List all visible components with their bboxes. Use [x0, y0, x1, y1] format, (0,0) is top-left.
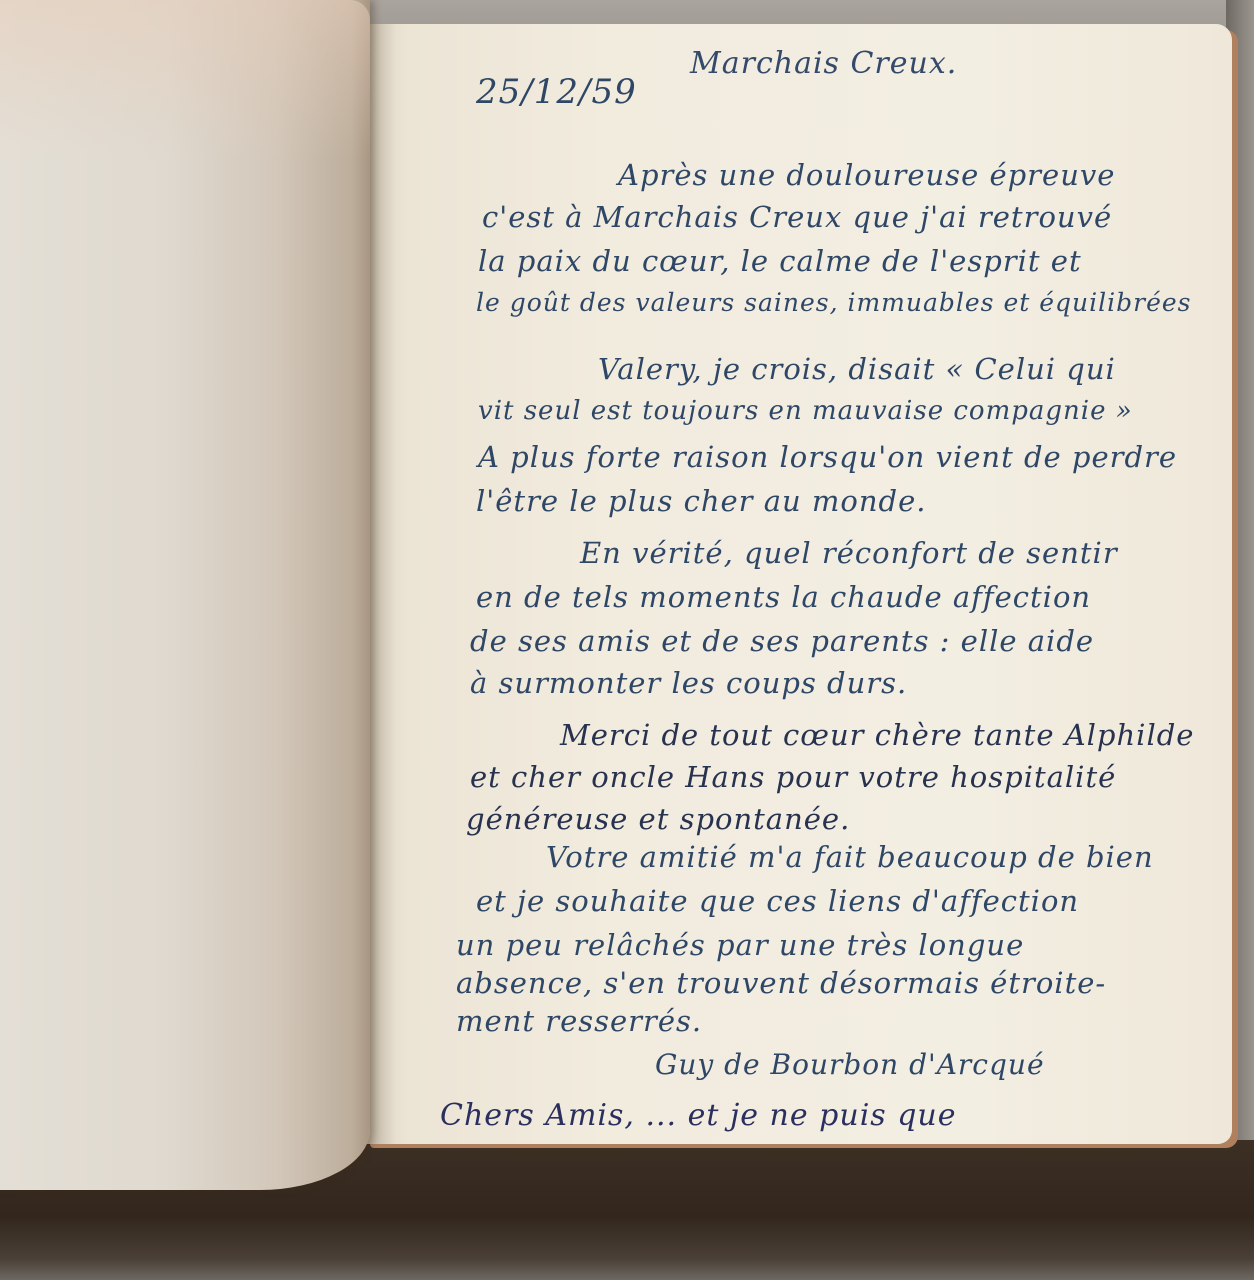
text-line: le goût des valeurs saines, immuables et…	[476, 288, 1192, 317]
text-line: absence, s'en trouvent désormais étroite…	[456, 966, 1106, 1000]
next-entry-start: Chers Amis, ... et je ne puis que	[440, 1098, 957, 1133]
text-line: Votre amitié m'a fait beaucoup de bien	[546, 840, 1154, 874]
text-line: de ses amis et de ses parents : elle aid…	[470, 624, 1094, 658]
text-line: c'est à Marchais Creux que j'ai retrouvé	[482, 200, 1112, 234]
text-line: vit seul est toujours en mauvaise compag…	[478, 396, 1133, 426]
text-line: ment resserrés.	[456, 1004, 702, 1038]
text-line: et je souhaite que ces liens d'affection	[476, 884, 1079, 918]
text-line: à surmonter les coups durs.	[470, 666, 907, 700]
text-line: un peu relâchés par une très longue	[456, 928, 1024, 962]
entry-place: Marchais Creux.	[690, 46, 957, 81]
text-line: A plus forte raison lorsqu'on vient de p…	[478, 440, 1177, 474]
text-line: Valery, je crois, disait « Celui qui	[598, 352, 1116, 386]
text-line: Merci de tout cœur chère tante Alphilde	[560, 718, 1194, 752]
text-line: généreuse et spontanée.	[466, 802, 850, 836]
left-page-blank	[0, 0, 370, 1190]
signature: Guy de Bourbon d'Arcqué	[655, 1048, 1045, 1081]
text-line: en de tels moments la chaude affection	[476, 580, 1091, 614]
text-line: et cher oncle Hans pour votre hospitalit…	[470, 760, 1116, 794]
text-line: Après une douloureuse épreuve	[618, 158, 1115, 192]
text-line: la paix du cœur, le calme de l'esprit et	[478, 244, 1082, 278]
text-line: En vérité, quel réconfort de sentir	[580, 536, 1118, 570]
entry-date: 25/12/59	[476, 72, 637, 112]
text-line: l'être le plus cher au monde.	[476, 484, 927, 518]
